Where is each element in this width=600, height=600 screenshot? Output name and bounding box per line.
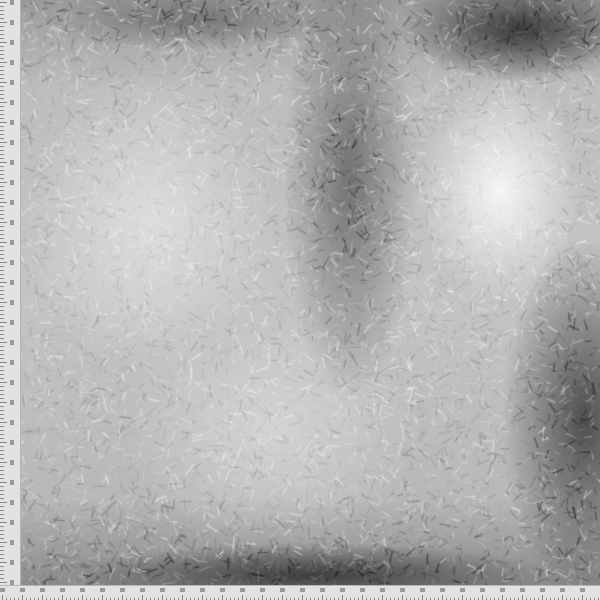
ruler-label-mark <box>10 540 14 545</box>
fabric-texture <box>20 0 600 585</box>
ruler-tick <box>0 98 4 99</box>
ruler-tick <box>0 326 4 327</box>
ruler-tick <box>0 110 4 111</box>
ruler-label-mark <box>560 588 565 592</box>
ruler-tick <box>582 595 583 600</box>
ruler-tick <box>0 474 4 475</box>
ruler-tick <box>0 346 4 347</box>
ruler-tick <box>0 34 4 35</box>
ruler-tick <box>0 102 7 103</box>
ruler-tick <box>0 86 4 87</box>
ruler-tick <box>0 78 4 79</box>
ruler-label-mark <box>360 588 365 592</box>
ruler-tick <box>0 162 7 163</box>
ruler-tick <box>0 554 4 555</box>
ruler-tick <box>0 546 4 547</box>
ruler-tick <box>0 386 4 387</box>
ruler-tick <box>0 118 4 119</box>
ruler-tick <box>0 198 4 199</box>
ruler-tick <box>0 158 4 159</box>
ruler-label-mark <box>60 588 65 592</box>
ruler-label-mark <box>10 460 14 465</box>
ruler-tick <box>0 194 4 195</box>
ruler-tick <box>0 270 4 271</box>
ruler-tick <box>0 426 4 427</box>
ruler-tick <box>0 306 4 307</box>
fabric-swatch-photo <box>20 0 600 585</box>
ruler-tick <box>0 106 4 107</box>
ruler-label-mark <box>460 588 465 592</box>
ruler-tick <box>0 50 4 51</box>
ruler-tick <box>0 578 4 579</box>
ruler-tick <box>0 206 4 207</box>
ruler-label-mark <box>10 320 14 325</box>
ruler-tick <box>0 150 4 151</box>
ruler-label-mark <box>10 280 14 285</box>
ruler-tick <box>222 595 223 600</box>
ruler-tick <box>0 10 4 11</box>
ruler-tick <box>162 595 163 600</box>
ruler-tick <box>0 442 7 443</box>
ruler-tick <box>0 230 4 231</box>
ruler-label-mark <box>20 588 25 592</box>
ruler-label-mark <box>10 300 14 305</box>
ruler-tick <box>0 470 4 471</box>
ruler-tick <box>0 498 4 499</box>
ruler-label-mark <box>500 588 505 592</box>
ruler-tick <box>0 314 4 315</box>
ruler-tick <box>0 238 4 239</box>
ruler-label-mark <box>120 588 125 592</box>
ruler-label-mark <box>10 400 14 405</box>
ruler-tick <box>0 286 4 287</box>
ruler-tick <box>0 266 4 267</box>
ruler-tick <box>0 146 4 147</box>
ruler-tick <box>0 514 4 515</box>
ruler-tick <box>0 450 4 451</box>
ruler-tick <box>0 226 4 227</box>
ruler-tick <box>0 210 4 211</box>
ruler-tick <box>0 214 4 215</box>
ruler-tick <box>0 2 7 3</box>
ruler-tick <box>0 550 4 551</box>
ruler-label-mark <box>520 588 525 592</box>
ruler-tick <box>422 595 423 600</box>
ruler-tick <box>0 234 4 235</box>
ruler-label-mark <box>200 588 205 592</box>
ruler-label-mark <box>10 360 14 365</box>
ruler-tick <box>362 595 363 600</box>
ruler-tick <box>0 518 4 519</box>
ruler-tick <box>0 446 4 447</box>
ruler-label-mark <box>10 20 14 25</box>
ruler-tick <box>0 74 4 75</box>
ruler-tick <box>0 170 4 171</box>
ruler-tick <box>0 222 7 223</box>
measurement-ruler-bottom <box>0 585 600 600</box>
ruler-tick <box>0 510 4 511</box>
ruler-tick <box>0 538 4 539</box>
ruler-tick <box>0 438 4 439</box>
ruler-tick <box>0 122 7 123</box>
ruler-tick <box>0 574 4 575</box>
ruler-label-mark <box>280 588 285 592</box>
ruler-tick <box>0 94 4 95</box>
ruler-label-mark <box>100 588 105 592</box>
ruler-tick <box>0 394 4 395</box>
ruler-tick <box>0 138 4 139</box>
ruler-tick <box>102 595 103 600</box>
ruler-tick <box>0 42 7 43</box>
ruler-tick <box>0 378 4 379</box>
ruler-tick <box>0 430 4 431</box>
ruler-tick <box>0 6 4 7</box>
ruler-label-mark <box>380 588 385 592</box>
ruler-label-mark <box>420 588 425 592</box>
ruler-label-mark <box>440 588 445 592</box>
ruler-tick <box>502 595 503 600</box>
ruler-tick <box>0 262 7 263</box>
ruler-label-mark <box>10 440 14 445</box>
ruler-label-mark <box>40 588 45 592</box>
ruler-label-mark <box>10 100 14 105</box>
ruler-tick <box>0 558 4 559</box>
ruler-tick <box>0 46 4 47</box>
ruler-tick <box>0 526 4 527</box>
ruler-tick <box>0 422 7 423</box>
ruler-label-mark <box>240 588 245 592</box>
ruler-tick <box>0 142 7 143</box>
ruler-label-mark <box>10 560 14 565</box>
ruler-label-mark <box>140 588 145 592</box>
ruler-label-mark <box>10 240 14 245</box>
ruler-tick <box>0 406 4 407</box>
ruler-tick <box>0 582 7 583</box>
ruler-tick <box>0 242 7 243</box>
measurement-ruler-left <box>0 0 21 585</box>
ruler-label-mark <box>320 588 325 592</box>
ruler-label-mark <box>10 80 14 85</box>
ruler-tick <box>0 254 4 255</box>
ruler-tick <box>0 70 4 71</box>
ruler-tick <box>402 595 403 600</box>
ruler-tick <box>0 350 4 351</box>
ruler-tick <box>0 154 4 155</box>
ruler-tick <box>0 166 4 167</box>
ruler-label-mark <box>10 120 14 125</box>
ruler-label-mark <box>260 588 265 592</box>
ruler-tick <box>0 302 7 303</box>
ruler-tick <box>0 114 4 115</box>
ruler-tick <box>522 595 523 600</box>
ruler-tick <box>302 595 303 600</box>
ruler-tick <box>0 330 4 331</box>
ruler-tick <box>182 595 183 600</box>
ruler-tick <box>0 334 4 335</box>
ruler-tick <box>0 398 4 399</box>
ruler-tick <box>0 382 7 383</box>
ruler-label-mark <box>10 500 14 505</box>
ruler-tick <box>0 570 4 571</box>
ruler-tick <box>0 290 4 291</box>
ruler-label-mark <box>180 588 185 592</box>
ruler-tick <box>0 38 4 39</box>
ruler-tick <box>482 595 483 600</box>
ruler-label-mark <box>300 588 305 592</box>
ruler-label-mark <box>10 140 14 145</box>
ruler-tick <box>0 506 4 507</box>
ruler-label-mark <box>10 380 14 385</box>
ruler-tick <box>0 298 4 299</box>
ruler-tick <box>542 595 543 600</box>
ruler-tick <box>0 342 7 343</box>
ruler-label-mark <box>340 588 345 592</box>
ruler-tick <box>262 595 263 600</box>
ruler-label-mark <box>10 60 14 65</box>
ruler-tick <box>0 186 4 187</box>
ruler-tick <box>342 595 343 600</box>
ruler-tick <box>0 370 4 371</box>
ruler-tick <box>0 58 4 59</box>
ruler-tick <box>0 18 4 19</box>
ruler-label-mark <box>80 588 85 592</box>
ruler-tick <box>0 134 4 135</box>
ruler-tick <box>62 595 63 600</box>
ruler-tick <box>0 534 4 535</box>
ruler-label-mark <box>0 588 5 592</box>
ruler-tick <box>0 354 4 355</box>
ruler-label-mark <box>10 200 14 205</box>
ruler-tick <box>0 182 7 183</box>
ruler-tick <box>0 22 7 23</box>
ruler-label-mark <box>10 260 14 265</box>
ruler-label-mark <box>540 588 545 592</box>
ruler-tick <box>0 126 4 127</box>
ruler-label-mark <box>10 180 14 185</box>
ruler-tick <box>0 274 4 275</box>
ruler-tick <box>142 595 143 600</box>
ruler-tick <box>0 362 7 363</box>
ruler-tick <box>42 595 43 600</box>
ruler-tick <box>202 595 203 600</box>
ruler-tick <box>0 26 4 27</box>
ruler-tick <box>382 595 383 600</box>
ruler-label-mark <box>10 520 14 525</box>
ruler-tick <box>0 482 7 483</box>
ruler-tick <box>0 218 4 219</box>
ruler-tick <box>322 595 323 600</box>
ruler-label-mark <box>10 160 14 165</box>
ruler-tick <box>0 358 4 359</box>
ruler-tick <box>442 595 443 600</box>
ruler-tick <box>0 82 7 83</box>
ruler-tick <box>0 202 7 203</box>
ruler-tick <box>0 258 4 259</box>
ruler-label-mark <box>160 588 165 592</box>
ruler-tick <box>0 562 7 563</box>
ruler-tick <box>0 66 4 67</box>
ruler-tick <box>0 478 4 479</box>
ruler-tick <box>0 278 4 279</box>
ruler-tick <box>122 595 123 600</box>
ruler-tick <box>0 374 4 375</box>
ruler-label-mark <box>400 588 405 592</box>
ruler-tick <box>0 390 4 391</box>
ruler-tick <box>0 310 4 311</box>
ruler-tick <box>0 502 7 503</box>
ruler-tick <box>0 246 4 247</box>
ruler-tick <box>282 595 283 600</box>
ruler-label-mark <box>10 480 14 485</box>
ruler-tick <box>0 30 4 31</box>
ruler-tick <box>0 250 4 251</box>
ruler-tick <box>0 54 4 55</box>
ruler-tick <box>0 318 4 319</box>
ruler-tick <box>0 178 4 179</box>
ruler-tick <box>0 322 7 323</box>
ruler-tick <box>0 282 7 283</box>
ruler-tick <box>562 595 563 600</box>
ruler-label-mark <box>10 0 14 5</box>
ruler-tick <box>0 338 4 339</box>
ruler-label-mark <box>480 588 485 592</box>
ruler-tick <box>0 402 7 403</box>
ruler-tick <box>0 366 4 367</box>
ruler-tick <box>0 530 4 531</box>
ruler-label-mark <box>580 588 585 592</box>
ruler-label-mark <box>220 588 225 592</box>
ruler-tick <box>0 130 4 131</box>
ruler-label-mark <box>10 420 14 425</box>
ruler-tick <box>22 595 23 600</box>
ruler-label-mark <box>10 40 14 45</box>
ruler-tick <box>82 595 83 600</box>
ruler-tick <box>0 494 4 495</box>
ruler-tick <box>0 90 4 91</box>
ruler-tick <box>0 466 4 467</box>
ruler-tick <box>0 294 4 295</box>
ruler-tick <box>0 434 4 435</box>
ruler-label-mark <box>10 340 14 345</box>
ruler-tick <box>2 595 3 600</box>
ruler-tick <box>0 490 4 491</box>
ruler-tick <box>0 486 4 487</box>
ruler-tick <box>0 522 7 523</box>
ruler-tick <box>0 62 7 63</box>
ruler-tick <box>0 454 4 455</box>
ruler-tick <box>0 542 7 543</box>
ruler-tick <box>0 566 4 567</box>
ruler-tick <box>242 595 243 600</box>
ruler-tick <box>0 174 4 175</box>
ruler-tick <box>0 410 4 411</box>
ruler-tick <box>0 462 7 463</box>
ruler-tick <box>0 14 4 15</box>
ruler-tick <box>0 418 4 419</box>
ruler-tick <box>0 190 4 191</box>
ruler-tick <box>0 414 4 415</box>
ruler-label-mark <box>10 220 14 225</box>
ruler-tick <box>462 595 463 600</box>
ruler-tick <box>0 458 4 459</box>
